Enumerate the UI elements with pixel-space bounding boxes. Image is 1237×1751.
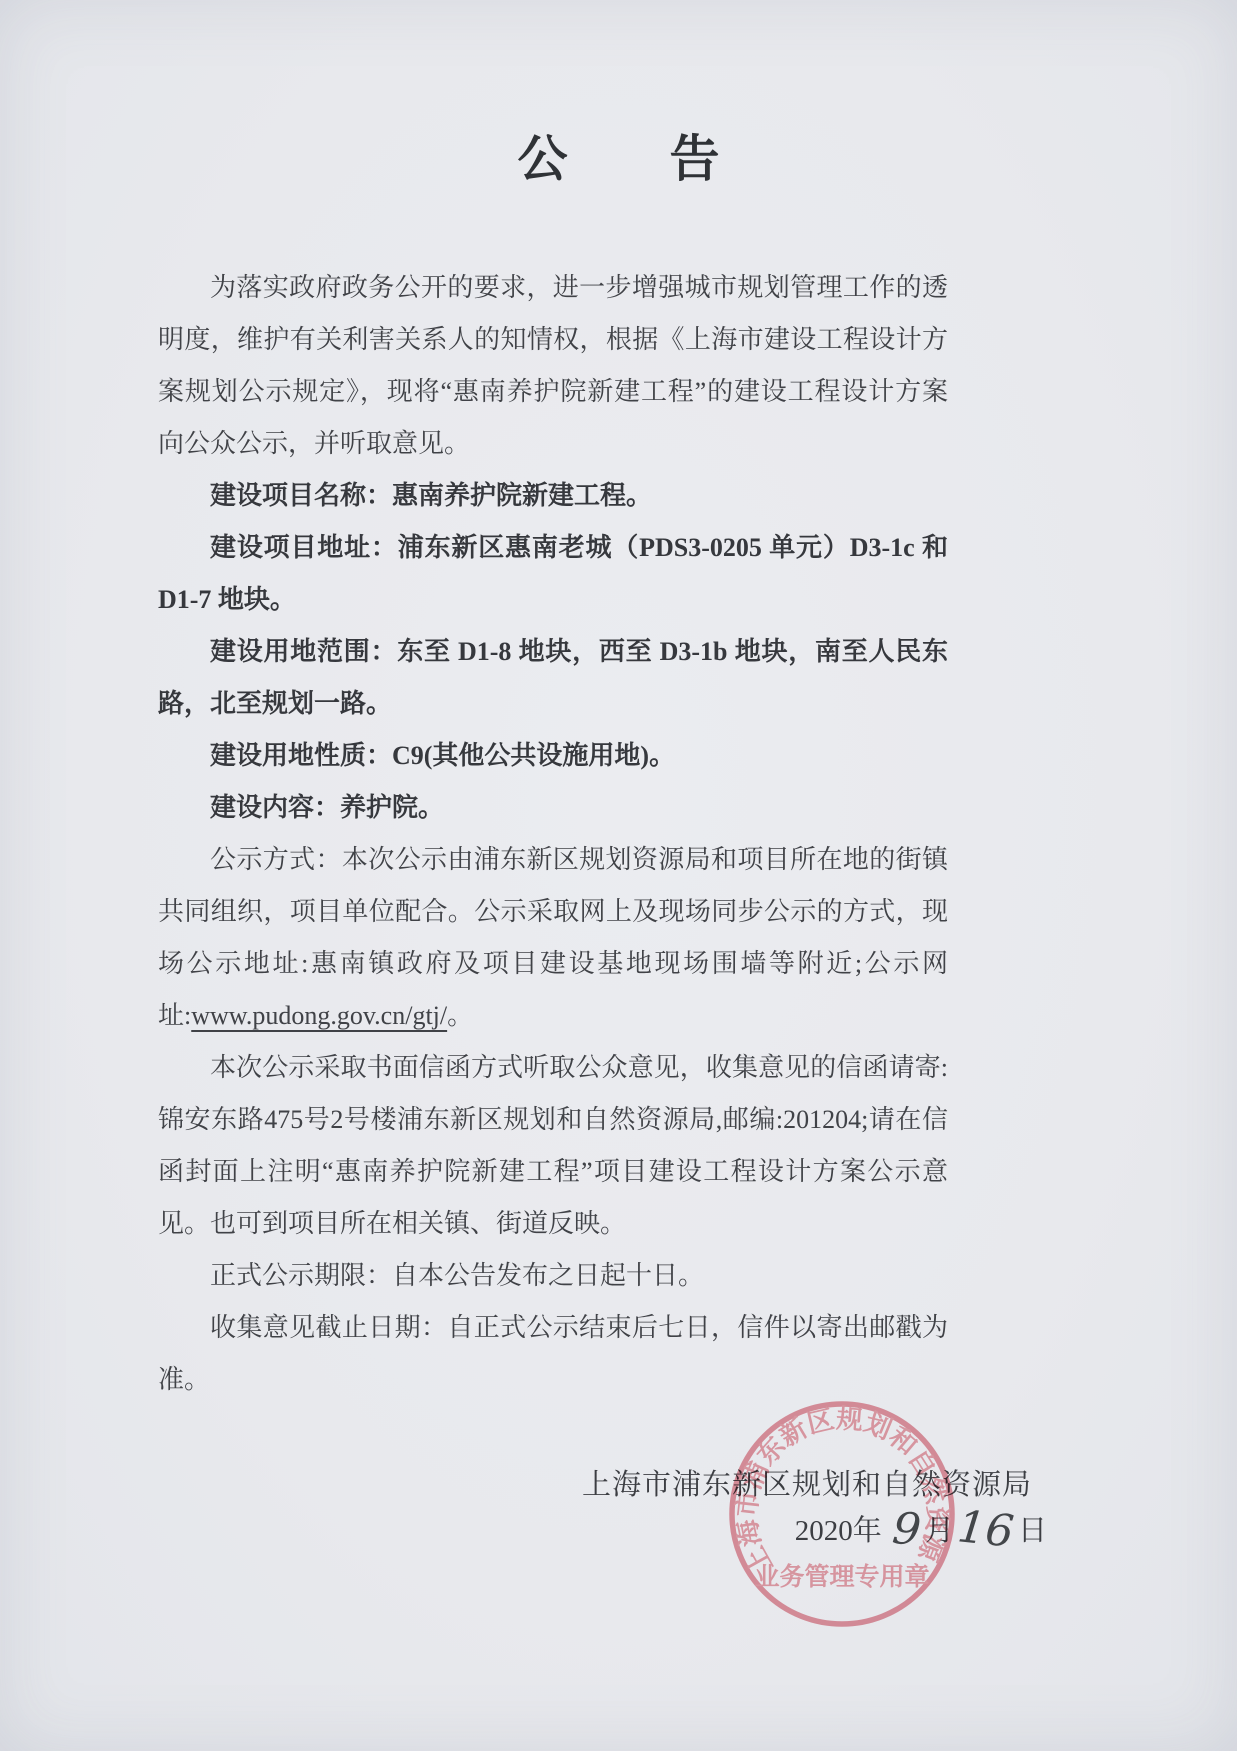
publicity-method-paragraph: 公示方式：本次公示由浦东新区规划资源局和项目所在地的街镇共同组织，项目单位配合。… bbox=[158, 834, 948, 1042]
project-name-line: 建设项目名称：惠南养护院新建工程。 bbox=[158, 470, 948, 522]
date-year: 2020 bbox=[795, 1515, 853, 1547]
date-day-suffix: 日 bbox=[1018, 1515, 1047, 1547]
land-scope-line: 建设用地范围：东至 D1-8 地块，西至 D3-1b 地块，南至人民东路，北至规… bbox=[158, 626, 948, 730]
date-month-handwritten: 9 bbox=[892, 1519, 922, 1542]
land-use-type-line: 建设用地性质：C9(其他公共设施用地)。 bbox=[158, 730, 948, 782]
scanned-announcement-page: 公 告 为落实政府政务公开的要求，进一步增强城市规划管理工作的透明度，维护有关利… bbox=[0, 0, 1237, 1751]
feedback-mail-paragraph: 本次公示采取书面信函方式听取公众意见，收集意见的信函请寄:锦安东路475号2号楼… bbox=[158, 1042, 948, 1250]
page-title: 公 告 bbox=[0, 118, 1237, 200]
feedback-deadline-paragraph: 收集意见截止日期：自正式公示结束后七日，信件以寄出邮戳为准。 bbox=[158, 1302, 948, 1406]
date-year-suffix: 年 bbox=[853, 1515, 882, 1547]
publicity-period-line: 正式公示期限：自本公告发布之日起十日。 bbox=[158, 1250, 948, 1302]
construction-content-line: 建设内容：养护院。 bbox=[158, 782, 948, 834]
publicity-url: www.pudong.gov.cn/gtj/ bbox=[191, 1001, 447, 1030]
project-address-line: 建设项目地址：浦东新区惠南老城（PDS3-0205 单元）D3-1c 和 D1-… bbox=[158, 522, 948, 626]
intro-paragraph: 为落实政府政务公开的要求，进一步增强城市规划管理工作的透明度，维护有关利害关系人… bbox=[158, 262, 948, 470]
date-month-suffix: 月 bbox=[925, 1515, 954, 1547]
publicity-url-period: 。 bbox=[447, 1001, 473, 1030]
seal-bottom-text: 业务管理专用章 bbox=[754, 1562, 929, 1591]
issue-date: 2020年 9月16日 bbox=[795, 1508, 1047, 1549]
date-day-handwritten: 16 bbox=[957, 1517, 1015, 1543]
announcement-body: 为落实政府政务公开的要求，进一步增强城市规划管理工作的透明度，维护有关利害关系人… bbox=[158, 262, 948, 1406]
issuing-authority-signature: 上海市浦东新区规划和自然资源局 bbox=[582, 1462, 1032, 1503]
